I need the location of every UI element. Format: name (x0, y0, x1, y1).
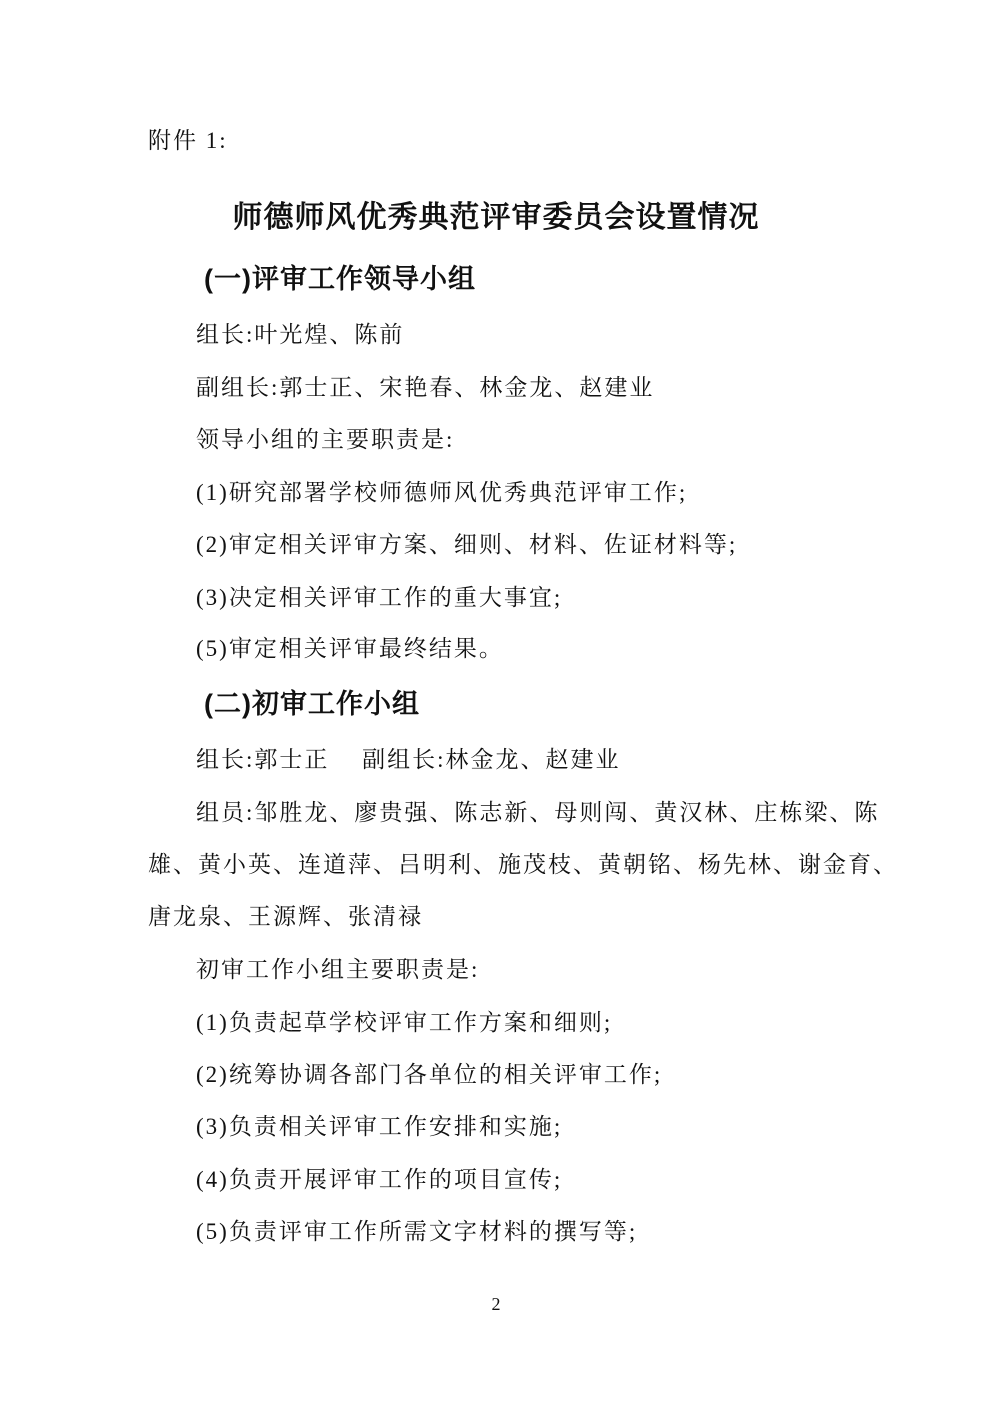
section-1-duty-item-1: (1)研究部署学校师德师风优秀典范评审工作; (196, 474, 687, 507)
section-1-duty-item-5: (5)审定相关评审最终结果。 (196, 630, 504, 663)
page-number: 2 (0, 1294, 992, 1315)
section-1-duties-intro: 领导小组的主要职责是: (196, 421, 454, 454)
section-2-members-line-2: 雄、黄小英、连道萍、吕明利、施茂枝、黄朝铭、杨先林、谢金育、 (148, 846, 898, 879)
document-title: 师德师风优秀典范评审委员会设置情况 (0, 192, 992, 236)
document-page: 附件 1: 师德师风优秀典范评审委员会设置情况 (一)评审工作领导小组 组长:叶… (0, 0, 992, 1403)
section-2-heading: (二)初审工作小组 (204, 682, 420, 721)
section-2-duty-item-3: (3)负责相关评审工作安排和实施; (196, 1108, 562, 1141)
section-2-duties-intro: 初审工作小组主要职责是: (196, 951, 479, 984)
section-2-members-line-3: 唐龙泉、王源辉、张清禄 (148, 898, 423, 931)
section-2-duty-item-4: (4)负责开展评审工作的项目宣传; (196, 1161, 562, 1194)
section-2-duty-item-5: (5)负责评审工作所需文字材料的撰写等; (196, 1213, 637, 1246)
section-1-heading: (一)评审工作领导小组 (204, 257, 476, 296)
section-1-duty-item-2: (2)审定相关评审方案、细则、材料、佐证材料等; (196, 526, 737, 559)
section-1-deputy-line: 副组长:郭士正、宋艳春、林金龙、赵建业 (196, 369, 654, 402)
section-2-members-line-1: 组员:邹胜龙、廖贵强、陈志新、母则闯、黄汉林、庄栋梁、陈 (196, 794, 879, 827)
attachment-label: 附件 1: (148, 122, 228, 155)
section-2-leaders-line: 组长:郭士正 副组长:林金龙、赵建业 (196, 741, 621, 774)
section-1-duty-item-3: (3)决定相关评审工作的重大事宜; (196, 579, 562, 612)
section-2-duty-item-2: (2)统筹协调各部门各单位的相关评审工作; (196, 1056, 662, 1089)
section-1-leader-line: 组长:叶光煌、陈前 (196, 316, 404, 349)
section-2-duty-item-1: (1)负责起草学校评审工作方案和细则; (196, 1004, 612, 1037)
